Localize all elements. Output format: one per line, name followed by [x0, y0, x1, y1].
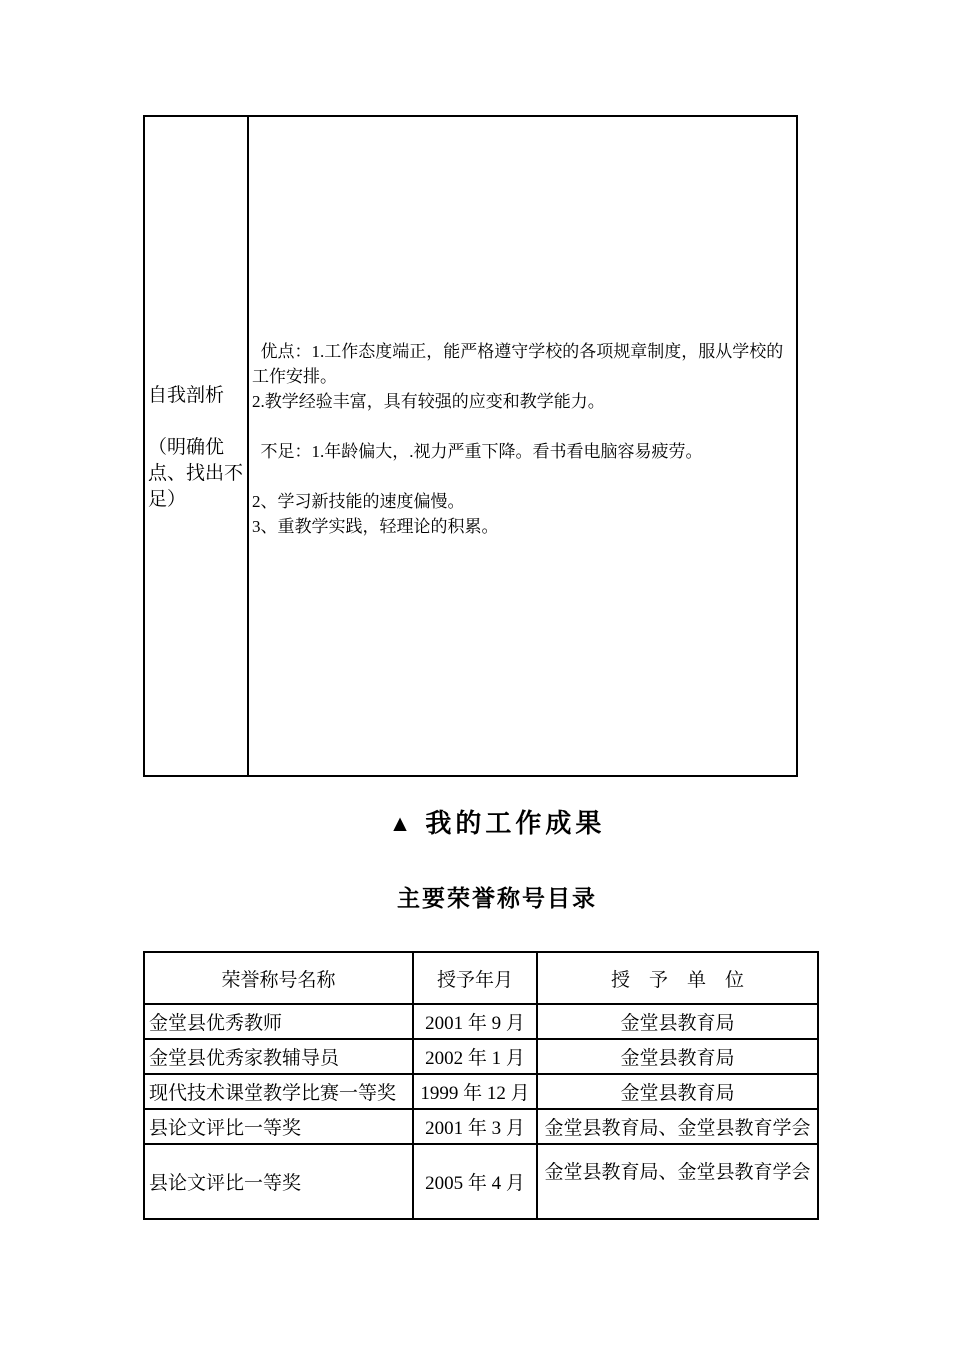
award-unit: 金堂县教育局: [537, 1074, 818, 1109]
triangle-bullet-icon: ▲: [389, 811, 412, 836]
table-row: 县论文评比一等奖 2001 年 3 月 金堂县教育局、金堂县教育学会: [144, 1109, 818, 1144]
award-date: 2005 年 4 月: [413, 1144, 537, 1219]
honors-table: 荣誉称号名称 授予年月 授 予 单 位 金堂县优秀教师 2001 年 9 月 金…: [143, 951, 819, 1220]
table-row: 金堂县优秀家教辅导员 2002 年 1 月 金堂县教育局: [144, 1039, 818, 1074]
honor-name: 金堂县优秀教师: [144, 1004, 413, 1039]
self-analysis-label: 自我剖析 （明确优 点、找出不 足）: [145, 117, 247, 513]
self-analysis-content-cell: 优点：1.工作态度端正，能严格遵守学校的各项规章制度，服从学校的 工作安排。 2…: [249, 117, 796, 775]
section-subtitle: 主要荣誉称号目录: [34, 884, 960, 914]
col-header-honor-name: 荣誉称号名称: [144, 952, 413, 1004]
award-date: 1999 年 12 月: [413, 1074, 537, 1109]
honor-name: 县论文评比一等奖: [144, 1109, 413, 1144]
honor-name: 金堂县优秀家教辅导员: [144, 1039, 413, 1074]
table-row: 金堂县优秀教师 2001 年 9 月 金堂县教育局: [144, 1004, 818, 1039]
section-title-text: 我的工作成果: [425, 809, 605, 838]
table-row: 县论文评比一等奖 2005 年 4 月 金堂县教育局、金堂县教育学会: [144, 1144, 818, 1219]
self-analysis-label-cell: 自我剖析 （明确优 点、找出不 足）: [145, 117, 249, 775]
award-unit: 金堂县教育局、金堂县教育学会: [537, 1109, 818, 1144]
award-unit: 金堂县教育局: [537, 1004, 818, 1039]
section-title: ▲我的工作成果: [34, 808, 960, 841]
honors-header-row: 荣誉称号名称 授予年月 授 予 单 位: [144, 952, 818, 1004]
award-date: 2001 年 3 月: [413, 1109, 537, 1144]
award-unit: 金堂县教育局: [537, 1039, 818, 1074]
honor-name: 县论文评比一等奖: [144, 1144, 413, 1219]
honor-name: 现代技术课堂教学比赛一等奖: [144, 1074, 413, 1109]
col-header-award-unit: 授 予 单 位: [537, 952, 818, 1004]
award-date: 2001 年 9 月: [413, 1004, 537, 1039]
self-analysis-content: 优点：1.工作态度端正，能严格遵守学校的各项规章制度，服从学校的 工作安排。 2…: [249, 117, 796, 539]
col-header-award-date: 授予年月: [413, 952, 537, 1004]
award-unit: 金堂县教育局、金堂县教育学会: [537, 1144, 818, 1219]
document-page: 自我剖析 （明确优 点、找出不 足） 优点：1.工作态度端正，能严格遵守学校的各…: [0, 0, 960, 1357]
self-analysis-table: 自我剖析 （明确优 点、找出不 足） 优点：1.工作态度端正，能严格遵守学校的各…: [143, 115, 798, 777]
table-row: 现代技术课堂教学比赛一等奖 1999 年 12 月 金堂县教育局: [144, 1074, 818, 1109]
award-date: 2002 年 1 月: [413, 1039, 537, 1074]
